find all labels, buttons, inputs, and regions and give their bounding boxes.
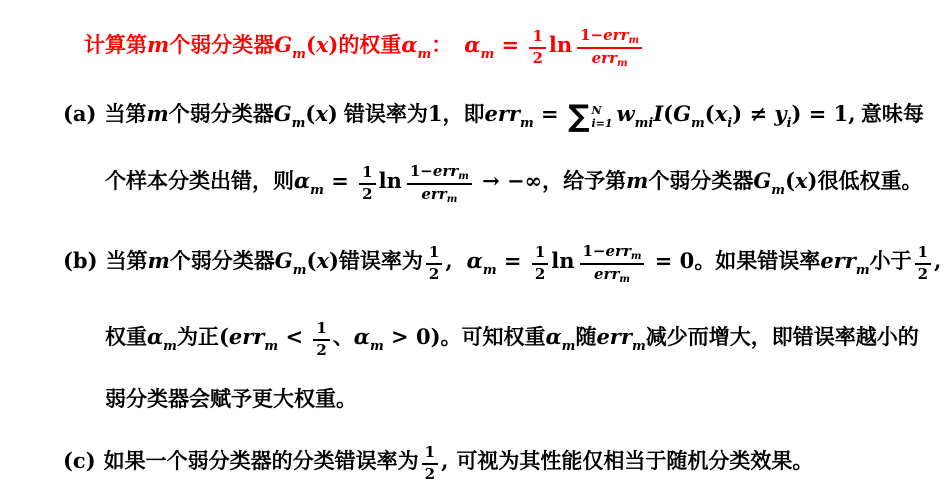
fraction: 12 <box>529 28 545 69</box>
math-roman-run: 2 <box>316 341 326 359</box>
math-roman-run: 1 <box>918 243 928 261</box>
text-run: 个弱分类器 <box>169 102 274 126</box>
subscript: m <box>418 47 432 62</box>
math-italic-run: err <box>421 185 446 203</box>
line-a2: 个样本分类出错，则αm = 12ln1−errmerrm → −∞，给予第m个弱… <box>105 153 922 209</box>
text-run: 很低权重。 <box>817 169 922 193</box>
line-title: 计算第m个弱分类器Gm(x)的权重αm：αm = 12ln1−errmerrm <box>84 17 645 73</box>
subscript: m <box>771 183 785 198</box>
fraction: 12 <box>915 244 931 285</box>
math-roman-run: (a) <box>63 101 96 126</box>
text-run: 如果一个弱分类器的分类错误率为 <box>104 449 419 473</box>
math-italic-run: x <box>315 101 328 126</box>
subscript: m <box>619 274 630 285</box>
text-run: 个弱分类器 <box>169 33 274 57</box>
math-italic-run: α <box>401 32 417 57</box>
subscript: m <box>520 116 534 131</box>
numerator: 1 <box>359 164 375 185</box>
math-roman-run: ( <box>663 101 673 126</box>
text-run: ： <box>431 33 452 57</box>
math-italic-run: m <box>626 168 648 193</box>
math-roman-run: ) <box>329 248 339 273</box>
math-roman-run: ) = 1, <box>792 101 856 126</box>
math-roman-run: ) <box>328 101 338 126</box>
numerator: 1 <box>426 244 442 265</box>
math-italic-run: x <box>795 168 808 193</box>
spacer <box>98 267 106 268</box>
subscript: m <box>632 339 646 354</box>
sigma-symbol: ∑ <box>568 102 590 132</box>
math-italic-run: y <box>774 101 786 126</box>
math-italic-run: G <box>274 101 292 126</box>
math-roman-run: ln <box>379 168 402 193</box>
text-run: 计算第 <box>84 33 147 57</box>
denominator: 2 <box>422 465 438 484</box>
math-italic-run: err <box>606 242 631 260</box>
math-italic-run: err <box>603 26 628 44</box>
subscript: mi <box>635 116 654 131</box>
text-run: 个样本分类出错，则 <box>105 169 294 193</box>
numerator: 1 <box>529 28 545 49</box>
fraction: 1−errmerrm <box>407 163 472 206</box>
math-italic-run: x <box>316 32 329 57</box>
denominator: 2 <box>915 265 931 284</box>
denominator: errm <box>577 49 642 70</box>
math-roman-run: 1 <box>316 319 326 337</box>
subscript: m <box>691 116 705 131</box>
math-italic-run: m <box>147 32 169 57</box>
numerator: 1−errm <box>580 243 645 266</box>
math-roman-run: > 0) <box>384 324 441 349</box>
math-italic-run: G <box>753 168 771 193</box>
text-run: 、 <box>333 325 354 349</box>
math-roman-run: ( <box>705 101 715 126</box>
math-roman-run: ln <box>551 248 574 273</box>
spacer <box>402 187 404 188</box>
math-italic-run: α <box>546 324 562 349</box>
text-run: 的权重 <box>338 33 401 57</box>
math-roman-run: < <box>278 324 310 349</box>
math-italic-run: α <box>147 324 163 349</box>
math-roman-run: ( <box>219 324 229 349</box>
math-roman-run: 1 <box>362 163 372 181</box>
subscript: m <box>458 171 469 182</box>
subscript: m <box>447 194 458 205</box>
math-italic-run: w <box>617 101 635 126</box>
math-roman-run: = 0 <box>647 248 694 273</box>
line-b1: (b)当第m个弱分类器Gm(x)错误率为12,αm = 12ln1−errmer… <box>63 233 941 289</box>
denominator: errm <box>407 185 472 206</box>
text-run: 个弱分类器 <box>170 249 275 273</box>
subscript: m <box>293 263 307 278</box>
numerator: 1 <box>313 320 329 341</box>
math-italic-run: err <box>596 324 632 349</box>
summation-upper-limit: N <box>591 104 612 117</box>
text-run: 错误率为 <box>344 102 428 126</box>
text-run: 意味每 <box>856 102 924 126</box>
spacer <box>96 467 104 468</box>
fraction: 12 <box>426 244 442 285</box>
math-roman-run: , <box>441 448 448 473</box>
math-roman-run: ( <box>785 168 795 193</box>
math-italic-run: err <box>433 162 458 180</box>
math-italic-run: m <box>146 101 168 126</box>
math-roman-run: (c) <box>63 448 96 473</box>
text-run: 随 <box>575 325 596 349</box>
spacer <box>575 267 577 268</box>
math-italic-run: err <box>229 324 265 349</box>
math-roman-run: 2 <box>918 265 928 283</box>
text-run: 小于 <box>870 249 912 273</box>
summation-lower-limit: i=1 <box>591 117 612 130</box>
math-roman-run: 2 <box>532 49 542 67</box>
fraction: 12 <box>313 320 329 361</box>
math-roman-run: 2 <box>362 185 372 203</box>
math-italic-run: α <box>467 248 483 273</box>
text-run: 错误率为 <box>339 249 423 273</box>
summation-limits: Ni=1 <box>591 104 612 130</box>
summation: ∑Ni=1 <box>568 102 613 132</box>
denominator: errm <box>580 265 645 286</box>
text-run: 弱分类器会赋予更大权重。 <box>105 387 357 411</box>
math-roman-run: 1 <box>532 27 542 45</box>
math-roman-run: 1− <box>580 26 603 44</box>
math-italic-run: x <box>715 101 728 126</box>
text-run: 权重 <box>105 325 147 349</box>
text-run: 。如果错误率 <box>694 249 820 273</box>
math-italic-run: err <box>592 49 617 67</box>
spacer <box>452 51 464 52</box>
math-roman-run: 1 <box>429 243 439 261</box>
text-run: 当第 <box>106 249 148 273</box>
math-italic-run: α <box>464 32 480 57</box>
math-italic-run: err <box>820 248 856 273</box>
numerator: 1−errm <box>577 27 642 50</box>
math-roman-run: → −∞ <box>475 168 542 193</box>
math-roman-run: 1− <box>583 242 606 260</box>
text-run: 个弱分类器 <box>648 169 753 193</box>
math-roman-run: 1 <box>535 243 545 261</box>
fraction: 1−errmerrm <box>577 27 642 70</box>
text-run: 可视为其性能仅相当于随机分类效果。 <box>456 449 813 473</box>
math-roman-run: ( <box>306 32 316 57</box>
math-italic-run: α <box>354 324 370 349</box>
math-roman-run: , <box>934 248 941 273</box>
math-roman-run: 1 <box>428 101 443 126</box>
math-italic-run: I <box>653 101 663 126</box>
math-roman-run: ( <box>307 248 317 273</box>
math-italic-run: G <box>275 248 293 273</box>
denominator: 2 <box>359 185 375 204</box>
subscript: m <box>617 58 628 69</box>
math-italic-run: m <box>148 248 170 273</box>
denominator: 2 <box>529 49 545 68</box>
denominator: 2 <box>313 341 329 360</box>
text-run: ，即 <box>442 102 484 126</box>
subscript: m <box>629 35 640 46</box>
math-roman-run: 2 <box>429 265 439 283</box>
spacer <box>453 267 467 268</box>
math-roman-run: , <box>445 248 452 273</box>
subscript: m <box>631 251 642 262</box>
math-roman-run: ) ≠ <box>732 101 774 126</box>
math-italic-run: G <box>673 101 691 126</box>
subscript: m <box>264 339 278 354</box>
math-roman-run: 1− <box>410 162 433 180</box>
subscript: m <box>562 339 576 354</box>
denominator: 2 <box>532 265 548 284</box>
subscript: m <box>310 183 324 198</box>
text-run: 当第 <box>104 102 146 126</box>
text-run: 。可知权重 <box>441 325 546 349</box>
math-roman-run: ) <box>328 32 338 57</box>
fraction: 12 <box>422 444 438 485</box>
document-page: 计算第m个弱分类器Gm(x)的权重αm：αm = 12ln1−errmerrm(… <box>0 0 948 496</box>
math-italic-run: err <box>484 101 520 126</box>
subscript: m <box>480 47 494 62</box>
subscript: m <box>163 339 177 354</box>
math-italic-run: err <box>594 265 619 283</box>
math-italic-run: α <box>294 168 310 193</box>
line-c1: (c)如果一个弱分类器的分类错误率为12,可视为其性能仅相当于随机分类效果。 <box>63 433 813 489</box>
line-b3: 弱分类器会赋予更大权重。 <box>105 371 357 427</box>
math-roman-run: = <box>534 101 566 126</box>
math-roman-run: 2 <box>425 465 435 483</box>
math-italic-run: G <box>274 32 292 57</box>
fraction: 1−errmerrm <box>580 243 645 286</box>
math-roman-run: 2 <box>535 265 545 283</box>
math-roman-run: = <box>324 168 356 193</box>
math-roman-run: (b) <box>63 248 98 273</box>
subscript: m <box>370 339 384 354</box>
subscript: m <box>292 116 306 131</box>
math-italic-run: x <box>316 248 329 273</box>
subscript: m <box>483 263 497 278</box>
fraction: 12 <box>359 164 375 205</box>
spacer <box>572 51 574 52</box>
line-a1: (a)当第m个弱分类器Gm(x)错误率为1，即errm = ∑Ni=1wmiI(… <box>63 86 924 142</box>
denominator: 2 <box>426 265 442 284</box>
math-roman-run: = <box>494 32 526 57</box>
numerator: 1 <box>915 244 931 265</box>
text-run: ，给予第 <box>542 169 626 193</box>
math-roman-run: = <box>497 248 529 273</box>
line-b2: 权重αm为正(errm < 12、αm > 0)。可知权重αm随errm减少而增… <box>105 309 919 365</box>
math-roman-run: ln <box>549 32 572 57</box>
text-run: 为正 <box>177 325 219 349</box>
math-roman-run: ( <box>305 101 315 126</box>
math-roman-run: ) <box>808 168 818 193</box>
math-roman-run: 1 <box>425 443 435 461</box>
numerator: 1 <box>422 444 438 465</box>
subscript: m <box>292 47 306 62</box>
numerator: 1 <box>532 244 548 265</box>
text-run: 减少而增大，即错误率越小的 <box>646 325 919 349</box>
subscript: m <box>856 263 870 278</box>
numerator: 1−errm <box>407 163 472 186</box>
fraction: 12 <box>532 244 548 285</box>
